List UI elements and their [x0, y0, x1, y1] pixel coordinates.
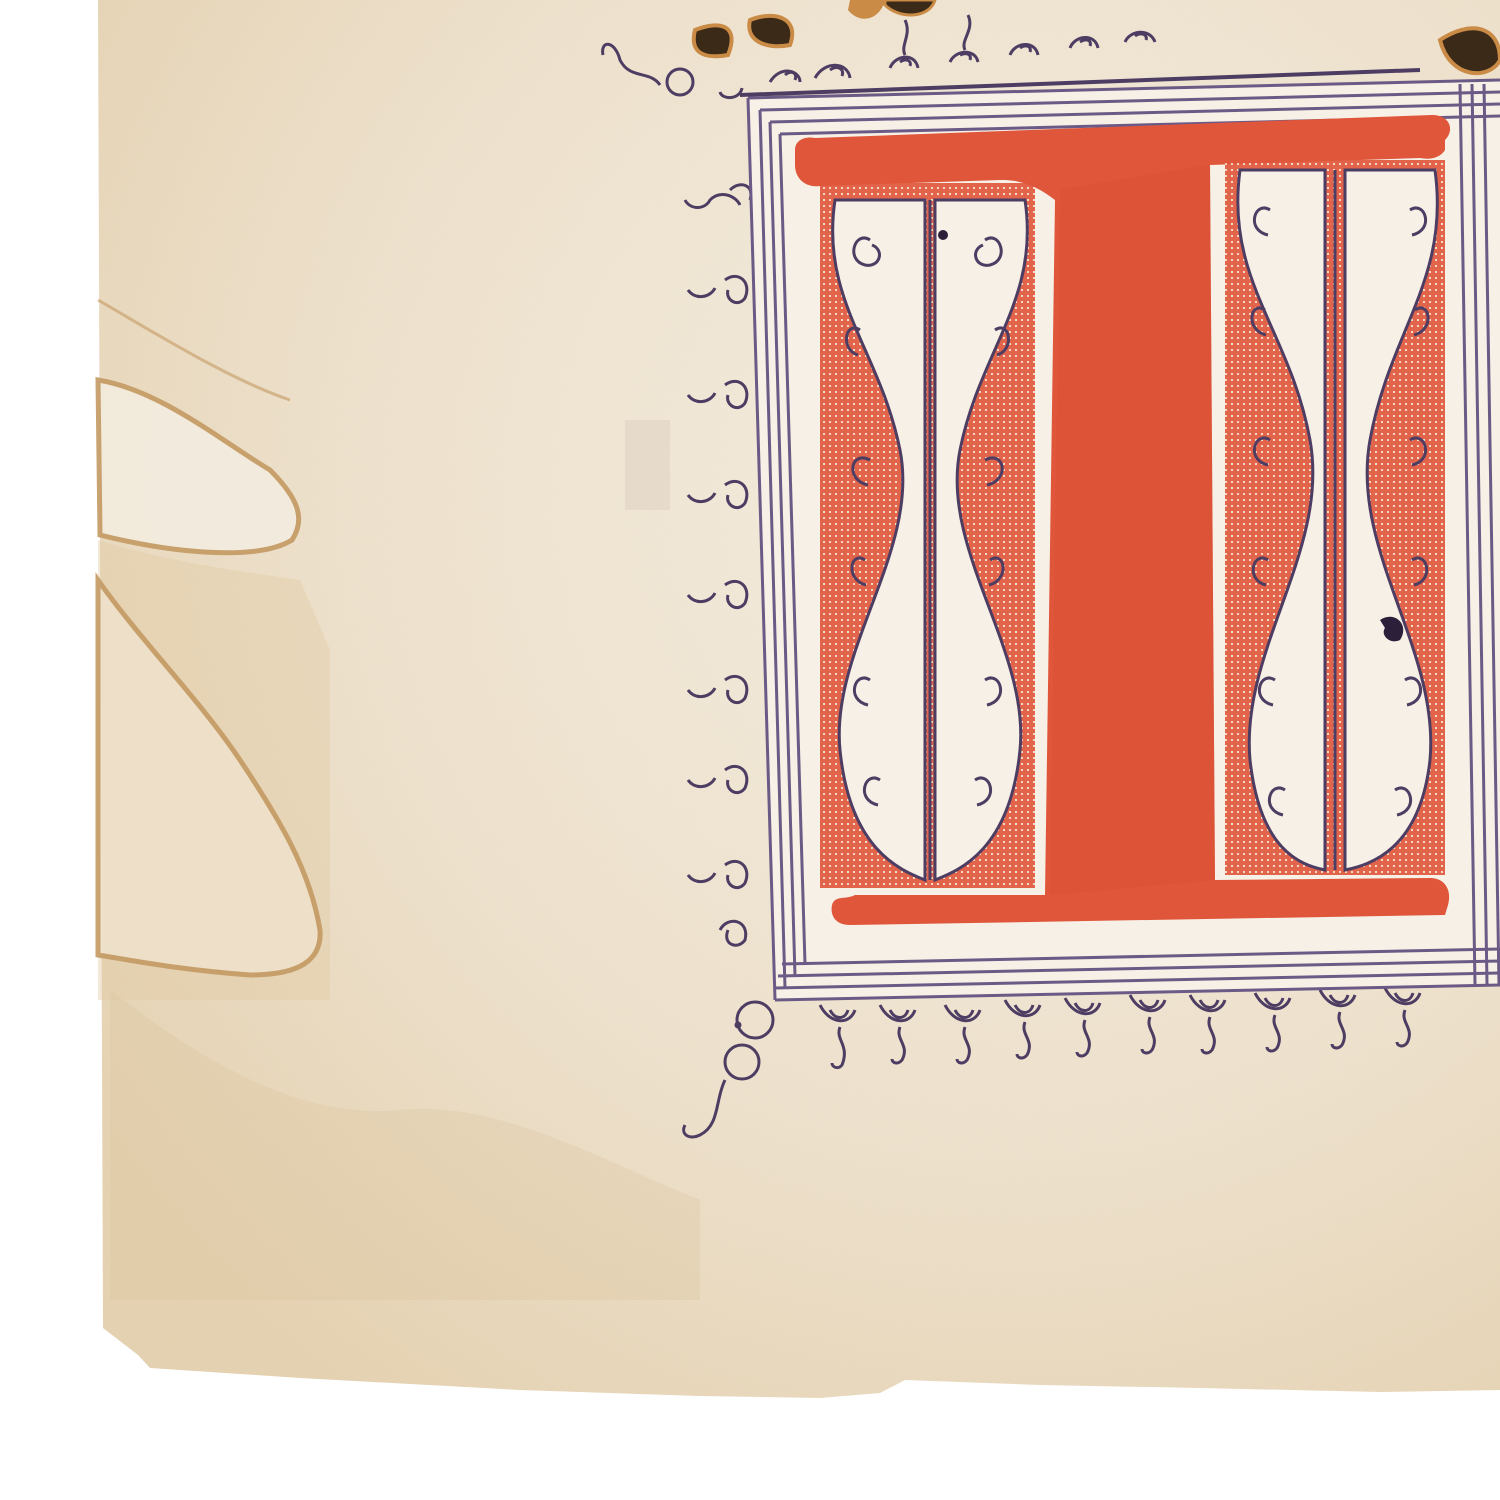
manuscript-leaf	[0, 0, 1500, 1500]
right-panel-ornament	[1225, 160, 1445, 875]
left-panel-ornament	[820, 183, 1035, 888]
manuscript-photo	[0, 0, 1500, 1500]
smudge	[625, 420, 670, 510]
